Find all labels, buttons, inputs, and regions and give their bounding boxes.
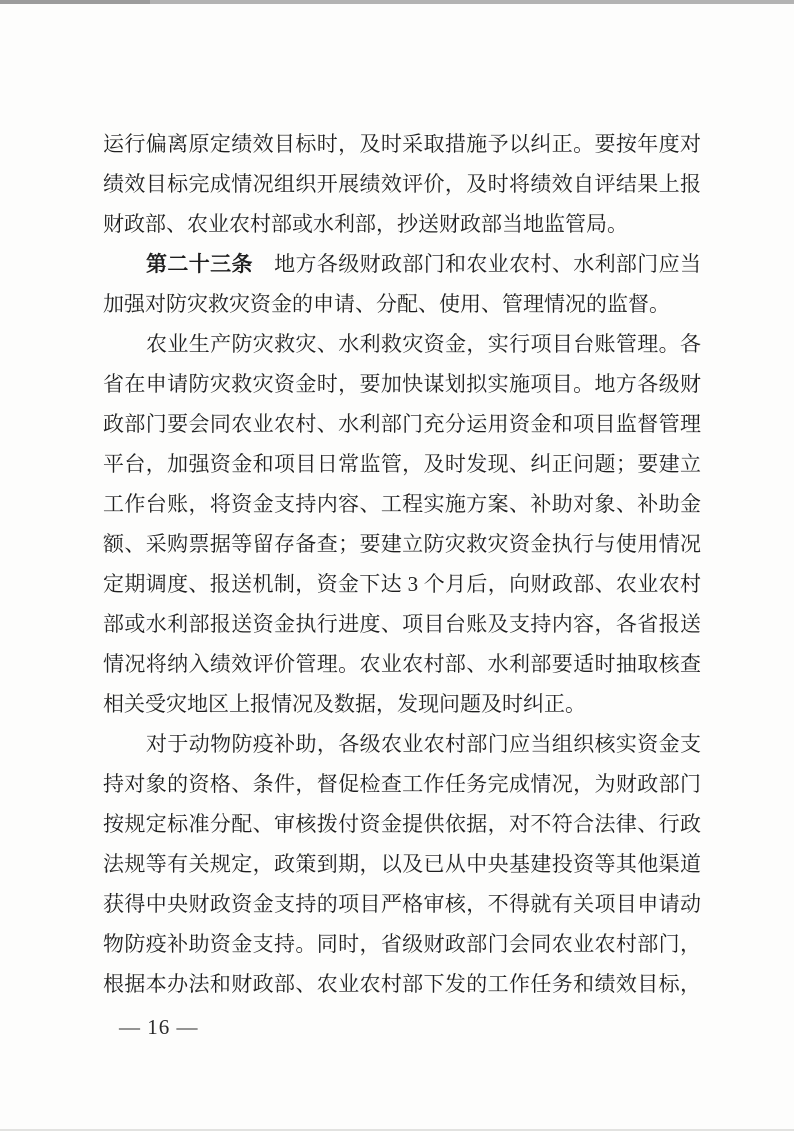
para-article-23: 第二十三条 地方各级财政部门和农业农村、水利部门应当加强对防灾救灾资金的申请、分…	[103, 244, 701, 324]
document-text: 运行偏离原定绩效目标时，及时采取措施予以纠正。要按年度对绩效目标完成情况组织开展…	[103, 124, 701, 1004]
text-line: 平台，加强资金和项目日常监管，及时发现、纠正问题；要建立	[103, 444, 701, 484]
text-line: 运行偏离原定绩效目标时，及时采取措施予以纠正。要按年度对	[103, 124, 701, 164]
text-line: 定期调度、报送机制，资金下达 3 个月后，向财政部、农业农村	[103, 564, 701, 604]
page-number: — 16 —	[119, 1012, 199, 1042]
text-line: 情况将纳入绩效评价管理。农业农村部、水利部要适时抽取核查	[103, 644, 701, 684]
text-line: 根据本办法和财政部、农业农村部下发的工作任务和绩效目标，	[103, 964, 701, 1004]
text-line: 省在申请防灾救灾资金时，要加快谋划拟实施项目。地方各级财	[103, 364, 701, 404]
text-line: 相关受灾地区上报情况及数据，发现问题及时纠正。	[103, 684, 701, 724]
para-performance-evaluation: 运行偏离原定绩效目标时，及时采取措施予以纠正。要按年度对绩效目标完成情况组织开展…	[103, 124, 701, 244]
text-line: 农业生产防灾救灾、水利救灾资金，实行项目台账管理。各	[103, 324, 701, 364]
text-line: 第二十三条 地方各级财政部门和农业农村、水利部门应当	[103, 244, 701, 284]
text-line: 部或水利部报送资金执行进度、项目台账及支持内容，各省报送	[103, 604, 701, 644]
text-line: 财政部、农业农村部或水利部，抄送财政部当地监管局。	[103, 204, 701, 244]
text-line: 获得中央财政资金支持的项目严格审核，不得就有关项目申请动	[103, 884, 701, 924]
text-line: 持对象的资格、条件，督促检查工作任务完成情况，为财政部门	[103, 764, 701, 804]
scan-edge-artifact-top-dark	[0, 0, 150, 4]
text-line: 政部门要会同农业农村、水利部门充分运用资金和项目监督管理	[103, 404, 701, 444]
text-line: 物防疫补助资金支持。同时，省级财政部门会同农业农村部门，	[103, 924, 701, 964]
text-line: 法规等有关规定，政策到期，以及已从中央基建投资等其他渠道	[103, 844, 701, 884]
text-line: 对于动物防疫补助，各级农业农村部门应当组织核实资金支	[103, 724, 701, 764]
scanned-document-page: 运行偏离原定绩效目标时，及时采取措施予以纠正。要按年度对绩效目标完成情况组织开展…	[0, 0, 794, 1131]
text-line: 加强对防灾救灾资金的申请、分配、使用、管理情况的监督。	[103, 284, 701, 324]
text-line: 按规定标准分配、审核拨付资金提供依据，对不符合法律、行政	[103, 804, 701, 844]
para-project-ledger-management: 农业生产防灾救灾、水利救灾资金，实行项目台账管理。各省在申请防灾救灾资金时，要加…	[103, 324, 701, 724]
text-line: 绩效目标完成情况组织开展绩效评价，及时将绩效自评结果上报	[103, 164, 701, 204]
article-number-label: 第二十三条	[146, 252, 253, 276]
text-line: 额、采购票据等留存备查；要建立防灾救灾资金执行与使用情况	[103, 524, 701, 564]
para-animal-epidemic-subsidy: 对于动物防疫补助，各级农业农村部门应当组织核实资金支持对象的资格、条件，督促检查…	[103, 724, 701, 1004]
text-line: 工作台账，将资金支持内容、工程实施方案、补助对象、补助金	[103, 484, 701, 524]
